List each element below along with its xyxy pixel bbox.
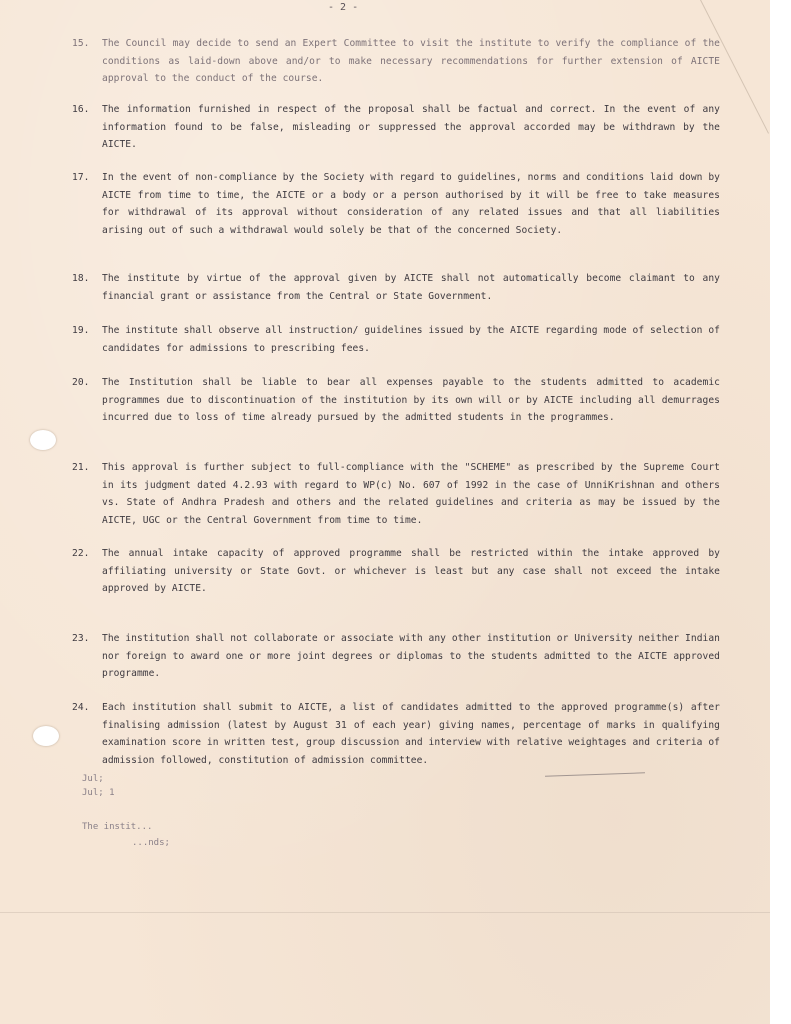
clause-number: 22. <box>72 545 100 563</box>
clause-text: The annual intake capacity of approved p… <box>102 545 720 598</box>
page-number: - 2 - <box>328 2 358 13</box>
punch-hole <box>30 430 56 450</box>
clause-21: 21. This approval is further subject to … <box>72 459 720 529</box>
clause-text: The Council may decide to send an Expert… <box>102 35 720 88</box>
clause-text: The institute shall observe all instruct… <box>102 322 720 357</box>
clause-23: 23. The institution shall not collaborat… <box>72 630 720 683</box>
clause-24: 24. Each institution shall submit to AIC… <box>72 699 720 769</box>
clause-number: 18. <box>72 270 100 288</box>
punch-hole <box>33 726 59 746</box>
clause-text: The information furnished in respect of … <box>102 101 720 154</box>
clause-number: 24. <box>72 699 100 717</box>
clause-text: In the event of non-compliance by the So… <box>102 169 720 239</box>
signature-line <box>545 772 645 776</box>
clause-19: 19. The institute shall observe all inst… <box>72 322 720 357</box>
faded-residue-text: Jul; <box>82 772 104 786</box>
clause-number: 17. <box>72 169 100 187</box>
faded-residue-text: The instit... <box>82 820 152 834</box>
clause-15: 15. The Council may decide to send an Ex… <box>72 35 720 88</box>
clause-number: 20. <box>72 374 100 392</box>
clause-text: The institute by virtue of the approval … <box>102 270 720 305</box>
clause-text: The Institution shall be liable to bear … <box>102 374 720 427</box>
clause-number: 16. <box>72 101 100 119</box>
clause-17: 17. In the event of non-compliance by th… <box>72 169 720 239</box>
document-page: - 2 - 15. The Council may decide to send… <box>0 0 770 1024</box>
faded-residue-text: ...nds; <box>132 836 170 850</box>
faded-residue-text: Jul; 1 <box>82 786 115 800</box>
clause-20: 20. The Institution shall be liable to b… <box>72 374 720 427</box>
clause-18: 18. The institute by virtue of the appro… <box>72 270 720 305</box>
clause-number: 19. <box>72 322 100 340</box>
clause-text: This approval is further subject to full… <box>102 459 720 529</box>
clause-text: The institution shall not collaborate or… <box>102 630 720 683</box>
clause-text: Each institution shall submit to AICTE, … <box>102 699 720 769</box>
clause-number: 23. <box>72 630 100 648</box>
clause-22: 22. The annual intake capacity of approv… <box>72 545 720 598</box>
clause-number: 21. <box>72 459 100 477</box>
paper-fold-line <box>0 912 770 913</box>
clause-number: 15. <box>72 35 100 53</box>
clause-16: 16. The information furnished in respect… <box>72 101 720 154</box>
